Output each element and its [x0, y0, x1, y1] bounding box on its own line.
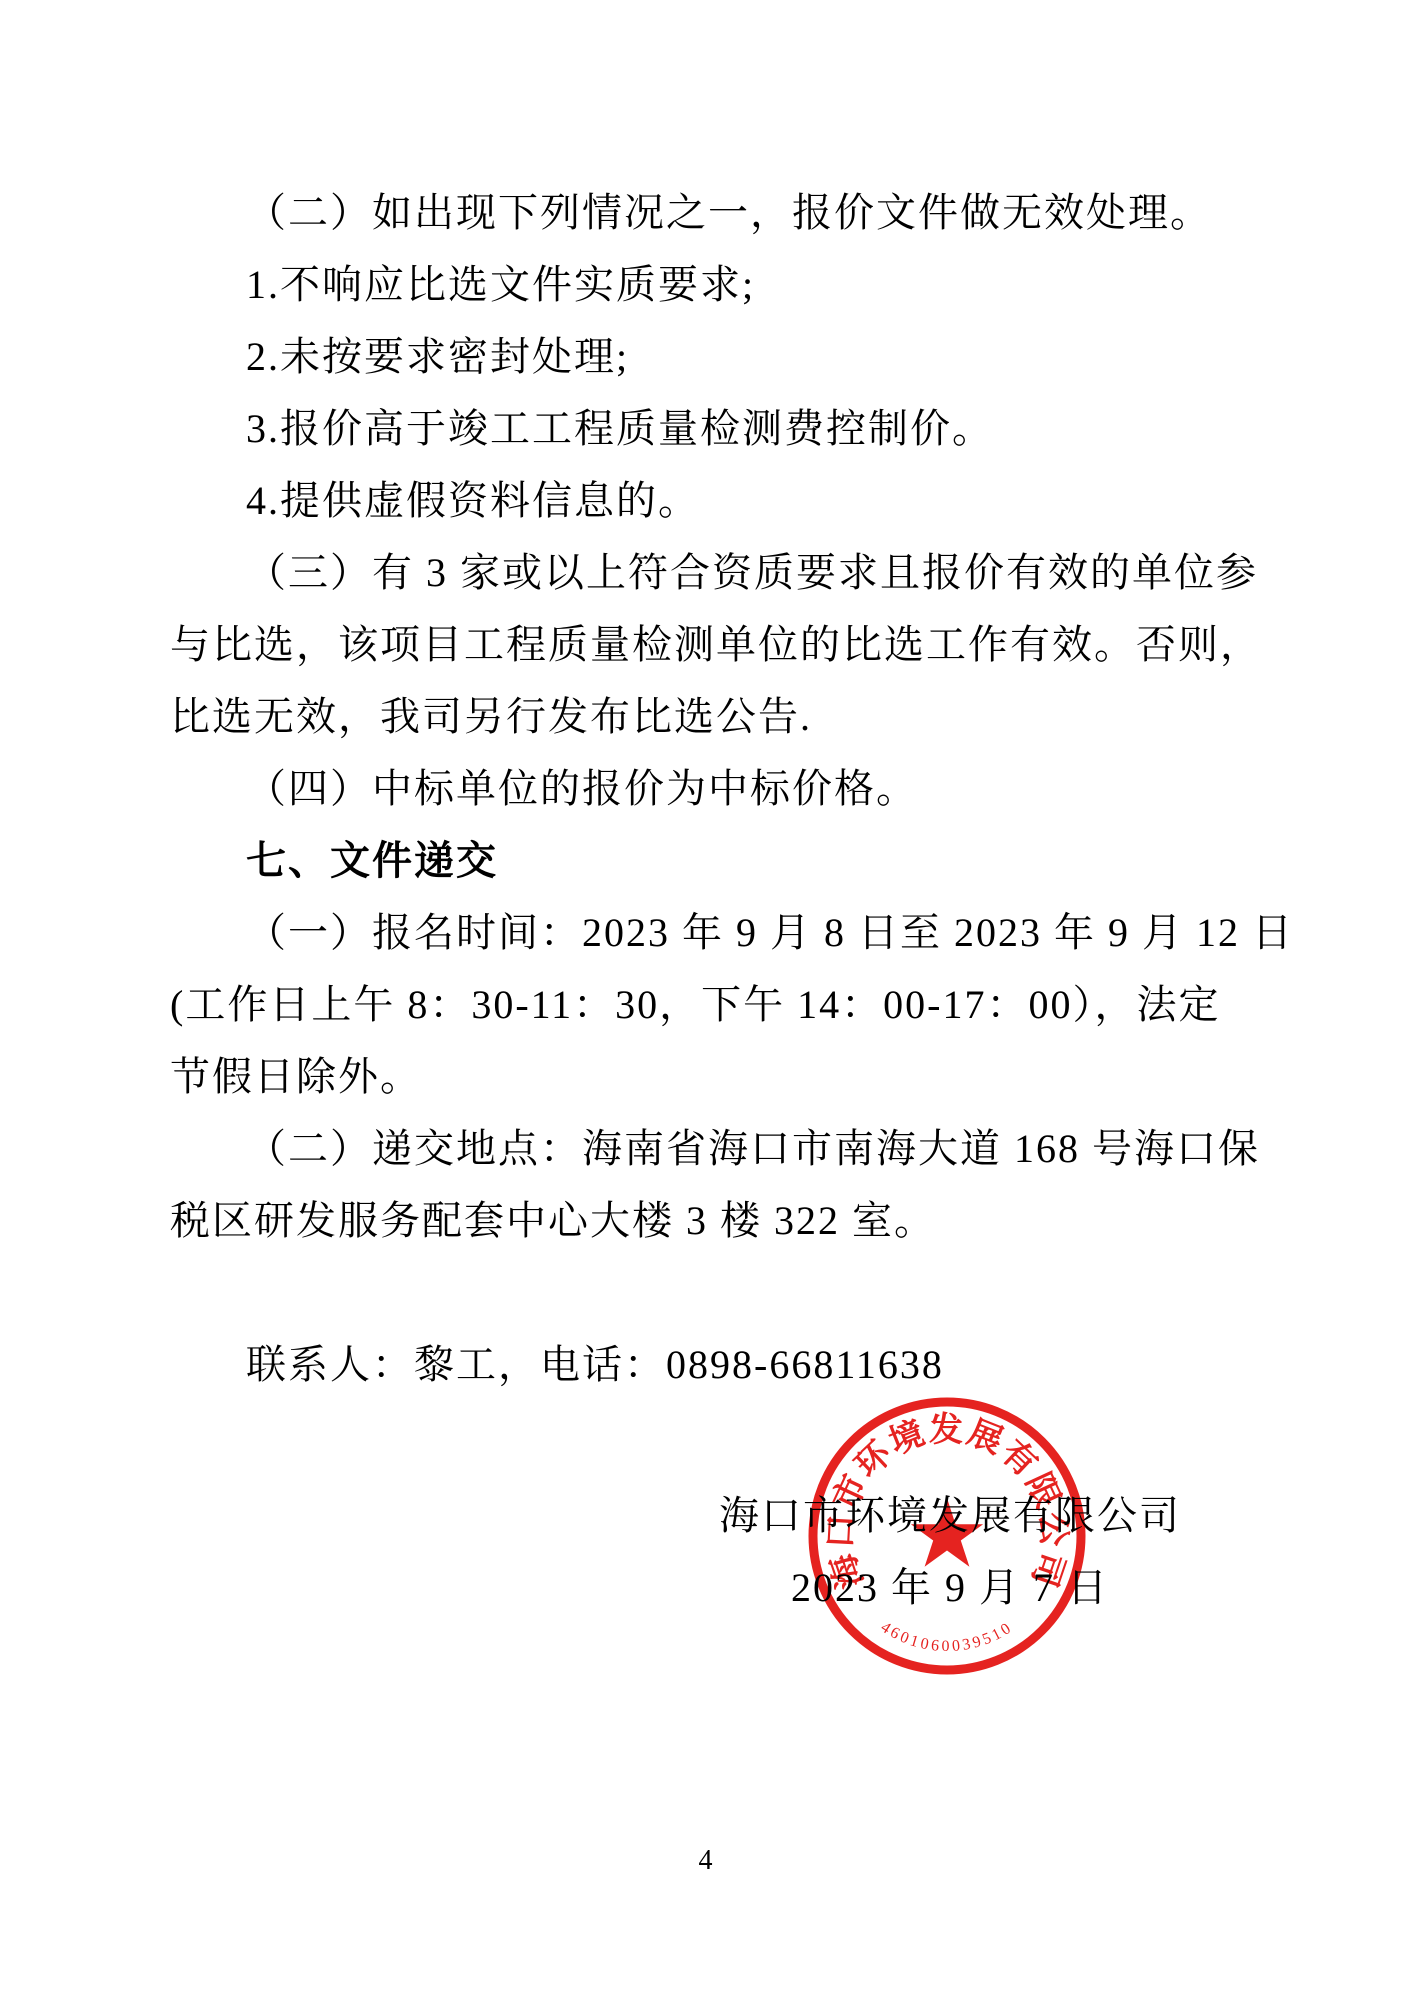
section-heading: 七、文件递交	[170, 825, 1245, 897]
document-body: （二）如出现下列情况之一，报价文件做无效处理。1.不响应比选文件实质要求;2.未…	[170, 177, 1245, 1401]
text-line: 4.提供虚假资料信息的。	[170, 465, 1245, 537]
seal-serial-number: 4601060039510	[878, 1619, 1017, 1655]
signature-block: 海口市环境发展有限公司 2023 年 9 月 7 日	[719, 1480, 1181, 1624]
text-line: 节假日除外。	[170, 1041, 1245, 1113]
text-line: （一）报名时间：2023 年 9 月 8 日至 2023 年 9 月 12 日	[170, 897, 1245, 969]
text-line: 1.不响应比选文件实质要求;	[170, 249, 1245, 321]
text-line: （二）递交地点：海南省海口市南海大道 168 号海口保	[170, 1113, 1245, 1185]
signature-company: 海口市环境发展有限公司	[719, 1480, 1181, 1552]
text-line: 比选无效，我司另行发布比选公告.	[170, 681, 1245, 753]
signature-date: 2023 年 9 月 7 日	[719, 1552, 1181, 1624]
text-line: 3.报价高于竣工工程质量检测费控制价。	[170, 393, 1245, 465]
page-number: 4	[0, 1845, 1411, 1877]
text-line: 联系人：黎工，电话：0898-66811638	[170, 1329, 1245, 1401]
text-line: 与比选，该项目工程质量检测单位的比选工作有效。否则，	[170, 609, 1245, 681]
text-line: (工作日上午 8：30-11：30，下午 14：00-17：00），法定	[170, 969, 1245, 1041]
text-line	[170, 1257, 1245, 1329]
text-line: 2.未按要求密封处理;	[170, 321, 1245, 393]
text-line: （三）有 3 家或以上符合资质要求且报价有效的单位参	[170, 537, 1245, 609]
text-line: （二）如出现下列情况之一，报价文件做无效处理。	[170, 177, 1245, 249]
text-line: （四）中标单位的报价为中标价格。	[170, 753, 1245, 825]
document-page: （二）如出现下列情况之一，报价文件做无效处理。1.不响应比选文件实质要求;2.未…	[0, 0, 1411, 1995]
text-line: 税区研发服务配套中心大楼 3 楼 322 室。	[170, 1185, 1245, 1257]
